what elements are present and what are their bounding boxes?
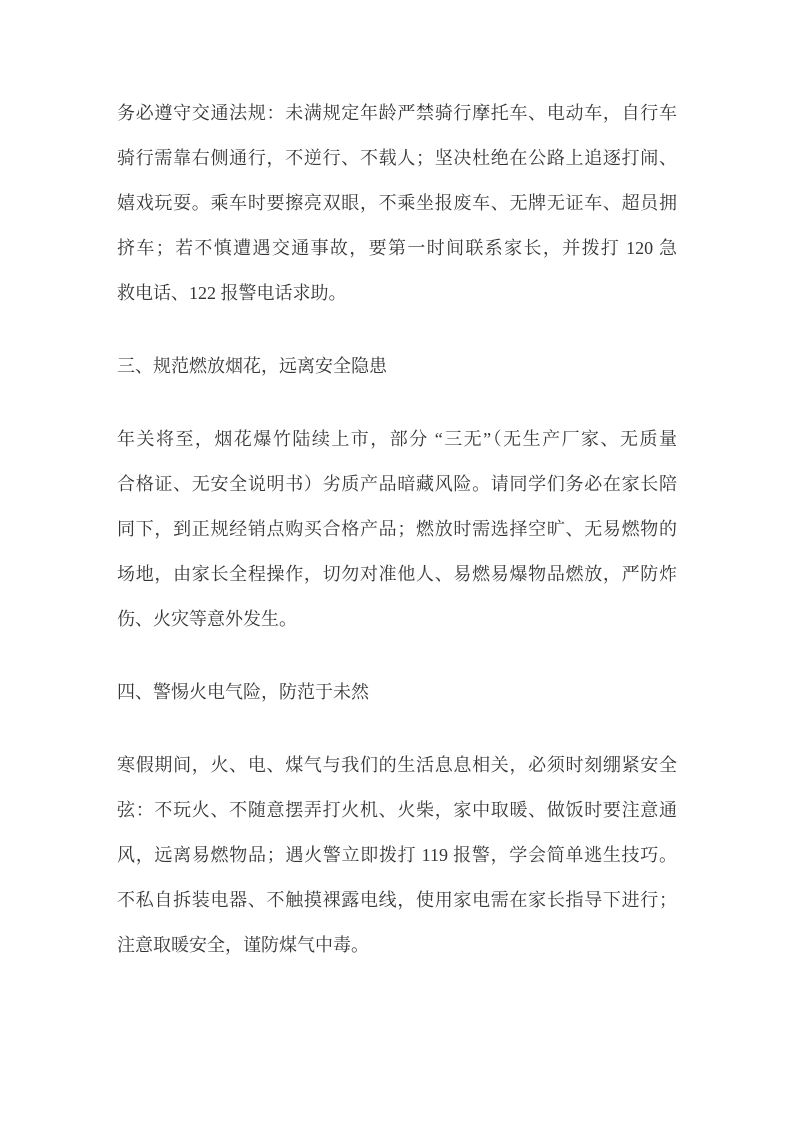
- text-line: 救电话、122 报警电话求助。: [117, 271, 677, 316]
- text-line: 场地，由家长全程操作，切勿对准他人、易燃易爆物品燃放，严防炸: [117, 552, 677, 597]
- text-line: 不私自拆装电器、不触摸裸露电线，使用家电需在家长指导下进行；: [117, 878, 677, 923]
- document-page: 务必遵守交通法规：未满规定年龄严禁骑行摩托车、电动车，自行车骑行需靠右侧通行，不…: [0, 0, 793, 1122]
- document-content: 务必遵守交通法规：未满规定年龄严禁骑行摩托车、电动车，自行车骑行需靠右侧通行，不…: [117, 91, 677, 968]
- text-line: 挤车；若不慎遭遇交通事故，要第一时间联系家长，并拨打 120 急: [117, 226, 677, 271]
- text-line: 风，远离易燃物品；遇火警立即拨打 119 报警，学会简单逃生技巧。: [117, 833, 677, 878]
- text-line: 同下，到正规经销点购买合格产品；燃放时需选择空旷、无易燃物的: [117, 507, 677, 552]
- text-line: 务必遵守交通法规：未满规定年龄严禁骑行摩托车、电动车，自行车: [117, 91, 677, 136]
- text-line: 骑行需靠右侧通行，不逆行、不载人；坚决杜绝在公路上追逐打闹、: [117, 136, 677, 181]
- text-line: 寒假期间，火、电、煤气与我们的生活息息相关，必须时刻绷紧安全: [117, 743, 677, 788]
- section-heading: 四、警惕火电气险，防范于未然: [117, 670, 677, 715]
- text-line: 注意取暖安全，谨防煤气中毒。: [117, 923, 677, 968]
- section-heading: 三、规范燃放烟花，远离安全隐患: [117, 344, 677, 389]
- text-line: 合格证、无安全说明书）劣质产品暗藏风险。请同学们务必在家长陪: [117, 462, 677, 507]
- text-line: 伤、火灾等意外发生。: [117, 597, 677, 642]
- text-line: 三、规范燃放烟花，远离安全隐患: [117, 344, 677, 389]
- body-paragraph: 年关将至，烟花爆竹陆续上市，部分 “三无”（无生产厂家、无质量合格证、无安全说明…: [117, 417, 677, 642]
- text-line: 弦：不玩火、不随意摆弄打火机、火柴，家中取暖、做饭时要注意通: [117, 788, 677, 833]
- text-line: 嬉戏玩耍。乘车时要擦亮双眼，不乘坐报废车、无牌无证车、超员拥: [117, 181, 677, 226]
- body-paragraph: 寒假期间，火、电、煤气与我们的生活息息相关，必须时刻绷紧安全弦：不玩火、不随意摆…: [117, 743, 677, 968]
- text-line: 年关将至，烟花爆竹陆续上市，部分 “三无”（无生产厂家、无质量: [117, 417, 677, 462]
- body-paragraph: 务必遵守交通法规：未满规定年龄严禁骑行摩托车、电动车，自行车骑行需靠右侧通行，不…: [117, 91, 677, 316]
- text-line: 四、警惕火电气险，防范于未然: [117, 670, 677, 715]
